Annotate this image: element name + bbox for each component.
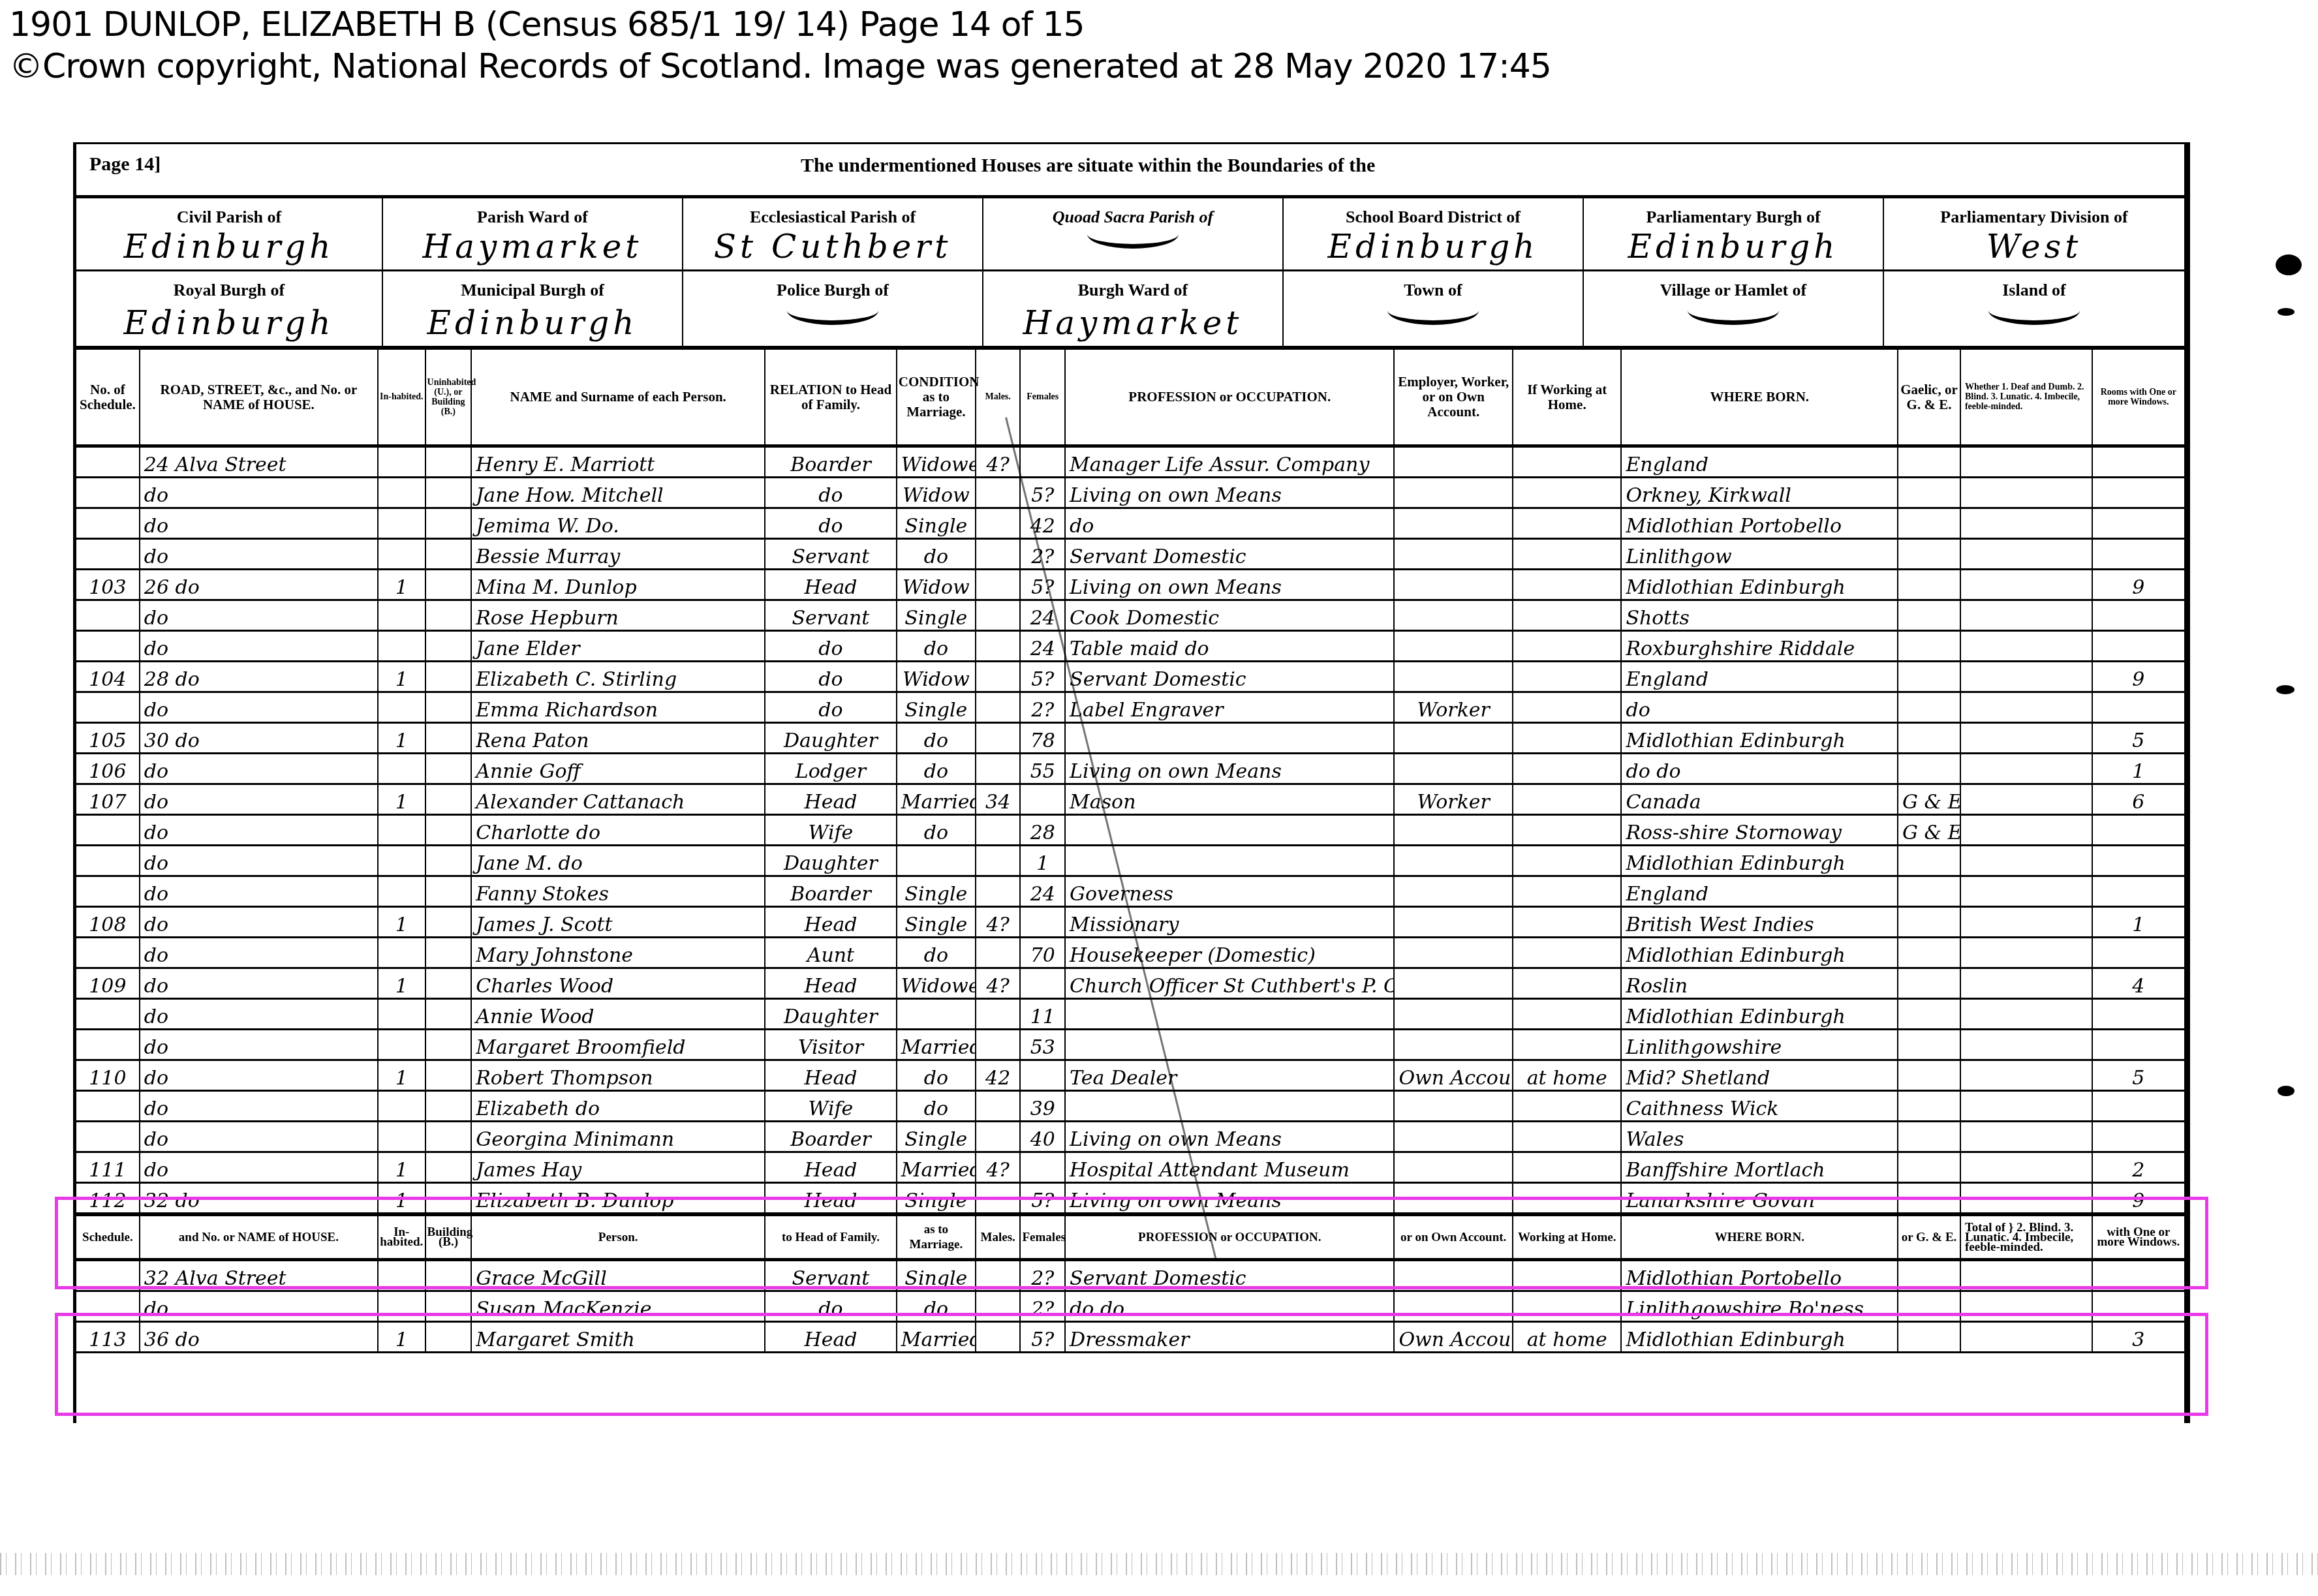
inhabited-count	[378, 815, 425, 846]
marital-condition: Widow	[897, 478, 976, 508]
schedule-number	[76, 631, 140, 662]
census-sheet: Page 14] The undermentioned Houses are s…	[73, 142, 2190, 1423]
inhabited-count	[378, 1291, 425, 1322]
ink-blot	[2278, 1086, 2295, 1096]
relation: Aunt	[765, 938, 897, 968]
admin-school-board: School Board District ofEdinburgh	[1284, 198, 1584, 271]
person-name: Annie Wood	[471, 999, 765, 1030]
table-row: 106doAnnie GoffLodgerdo55Living on own M…	[76, 754, 2184, 784]
person-name: Annie Goff	[471, 754, 765, 784]
age-female: 28	[1020, 815, 1065, 846]
employment-status	[1394, 478, 1513, 508]
inhabited-count: 1	[378, 1183, 425, 1215]
col-where-born: WHERE BORN.	[1621, 350, 1898, 446]
infirmity	[1960, 570, 2092, 600]
col-uninhabited: Building (B.)	[425, 1214, 472, 1260]
occupation: Dressmaker	[1065, 1322, 1394, 1353]
address: do	[140, 784, 378, 815]
occupation	[1065, 723, 1394, 754]
schedule-number: 104	[76, 662, 140, 692]
rooms-count: 9	[2092, 662, 2184, 692]
age-female: 39	[1020, 1091, 1065, 1122]
occupation: Hospital Attendant Museum	[1065, 1152, 1394, 1183]
admin-burgh-ward: Burgh Ward ofHaymarket	[983, 271, 1284, 346]
schedule-number	[76, 539, 140, 570]
repeat-header-row: Schedule. and No. or NAME of HOUSE. In-h…	[76, 1214, 2184, 1260]
gaelic	[1898, 938, 1960, 968]
relation: Daughter	[765, 846, 897, 876]
uninhabited	[425, 999, 472, 1030]
working-at-home	[1513, 784, 1621, 815]
occupation: Manager Life Assur. Company	[1065, 446, 1394, 478]
relation: Head	[765, 784, 897, 815]
relation: Boarder	[765, 446, 897, 478]
age-male	[976, 508, 1021, 539]
employment-status	[1394, 600, 1513, 631]
table-row: 10530 do1Rena PatonDaughterdo78Midlothia…	[76, 723, 2184, 754]
col-address: and No. or NAME of HOUSE.	[140, 1214, 378, 1260]
uninhabited	[425, 754, 472, 784]
employment-status	[1394, 539, 1513, 570]
uninhabited	[425, 1260, 472, 1291]
relation: Head	[765, 570, 897, 600]
birthplace: do	[1621, 692, 1898, 723]
inhabited-count	[378, 846, 425, 876]
person-name: Elizabeth C. Stirling	[471, 662, 765, 692]
marital-condition: do	[897, 1060, 976, 1091]
col-address: ROAD, STREET, &c., and No. or NAME of HO…	[140, 350, 378, 446]
occupation: Label Engraver	[1065, 692, 1394, 723]
admin-village: Village or Hamlet of	[1584, 271, 1884, 346]
address: do	[140, 539, 378, 570]
address: do	[140, 478, 378, 508]
col-employer: or on Own Account.	[1394, 1214, 1513, 1260]
col-rooms: with One or more Windows.	[2092, 1214, 2184, 1260]
table-row: doRose HepburnServantSingle24Cook Domest…	[76, 600, 2184, 631]
gaelic	[1898, 692, 1960, 723]
schedule-number	[76, 446, 140, 478]
admin-municipal-burgh: Municipal Burgh ofEdinburgh	[383, 271, 683, 346]
age-male	[976, 1091, 1021, 1122]
schedule-number: 106	[76, 754, 140, 784]
gaelic	[1898, 539, 1960, 570]
person-name: Margaret Broomfield	[471, 1030, 765, 1060]
employment-status	[1394, 1122, 1513, 1152]
infirmity	[1960, 692, 2092, 723]
inhabited-count: 1	[378, 662, 425, 692]
marital-condition: Single	[897, 1122, 976, 1152]
rooms-count: 9	[2092, 1183, 2184, 1215]
infirmity	[1960, 662, 2092, 692]
page-label: Page 14]	[89, 153, 161, 176]
table-row: doJane How. MitchelldoWidow5?Living on o…	[76, 478, 2184, 508]
occupation: Servant Domestic	[1065, 1260, 1394, 1291]
employment-status: Worker	[1394, 784, 1513, 815]
occupation: Living on own Means	[1065, 1122, 1394, 1152]
inhabited-count: 1	[378, 968, 425, 999]
address: 32 Alva Street	[140, 1260, 378, 1291]
relation: do	[765, 692, 897, 723]
address: do	[140, 1091, 378, 1122]
col-condition: CONDITION as to Marriage.	[897, 350, 976, 446]
relation: Head	[765, 968, 897, 999]
age-female	[1020, 1060, 1065, 1091]
schedule-number	[76, 846, 140, 876]
col-rooms: Rooms with One or more Windows.	[2092, 350, 2184, 446]
working-at-home	[1513, 1152, 1621, 1183]
table-row: doJane Elderdodo24Table maid doRoxburghs…	[76, 631, 2184, 662]
relation: Head	[765, 1322, 897, 1353]
schedule-number: 113	[76, 1322, 140, 1353]
inhabited-count	[378, 754, 425, 784]
address: do	[140, 600, 378, 631]
birthplace: Orkney, Kirkwall	[1621, 478, 1898, 508]
inhabited-count: 1	[378, 1060, 425, 1091]
inhabited-count: 1	[378, 570, 425, 600]
occupation: Living on own Means	[1065, 754, 1394, 784]
working-at-home	[1513, 876, 1621, 907]
working-at-home	[1513, 938, 1621, 968]
rooms-count: 5	[2092, 723, 2184, 754]
employment-status	[1394, 662, 1513, 692]
working-at-home	[1513, 846, 1621, 876]
address: 26 do	[140, 570, 378, 600]
gaelic	[1898, 907, 1960, 938]
occupation: Table maid do	[1065, 631, 1394, 662]
employment-status	[1394, 446, 1513, 478]
employment-status	[1394, 631, 1513, 662]
admin-parliamentary-burgh: Parliamentary Burgh ofEdinburgh	[1584, 198, 1884, 271]
address: do	[140, 1152, 378, 1183]
gaelic: G & E	[1898, 784, 1960, 815]
gaelic	[1898, 478, 1960, 508]
infirmity	[1960, 907, 2092, 938]
birthplace: Lanarkshire Govan	[1621, 1183, 1898, 1215]
address: do	[140, 631, 378, 662]
rooms-count	[2092, 508, 2184, 539]
infirmity	[1960, 631, 2092, 662]
marital-condition: do	[897, 539, 976, 570]
infirmity	[1960, 1060, 2092, 1091]
address: do	[140, 1030, 378, 1060]
handwritten-value: Haymarket	[396, 228, 669, 266]
relation: Head	[765, 1152, 897, 1183]
age-female: 24	[1020, 631, 1065, 662]
admin-ecclesiastical-parish: Ecclesiastical Parish ofSt Cuthbert	[683, 198, 983, 271]
relation: Wife	[765, 1091, 897, 1122]
age-male	[976, 1122, 1021, 1152]
marital-condition: Widow	[897, 662, 976, 692]
schedule-number: 111	[76, 1152, 140, 1183]
table-row: doJane M. doDaughter1Midlothian Edinburg…	[76, 846, 2184, 876]
schedule-number	[76, 478, 140, 508]
person-name: Alexander Cattanach	[471, 784, 765, 815]
birthplace: British West Indies	[1621, 907, 1898, 938]
working-at-home	[1513, 1183, 1621, 1215]
col-relation: RELATION to Head of Family.	[765, 350, 897, 446]
age-male	[976, 1322, 1021, 1353]
gaelic	[1898, 1122, 1960, 1152]
infirmity	[1960, 723, 2092, 754]
birthplace: Midlothian Portobello	[1621, 508, 1898, 539]
working-at-home	[1513, 907, 1621, 938]
schedule-number	[76, 999, 140, 1030]
birthplace: Wales	[1621, 1122, 1898, 1152]
inhabited-count	[378, 876, 425, 907]
gaelic	[1898, 446, 1960, 478]
admin-town: Town of	[1284, 271, 1584, 346]
person-name: Grace McGill	[471, 1260, 765, 1291]
birthplace: Midlothian Edinburgh	[1621, 846, 1898, 876]
relation: Daughter	[765, 723, 897, 754]
age-male	[976, 539, 1021, 570]
birthplace: Linlithgow	[1621, 539, 1898, 570]
infirmity	[1960, 508, 2092, 539]
handwritten-value: Edinburgh	[1297, 228, 1569, 266]
working-at-home	[1513, 754, 1621, 784]
admin-parliamentary-division: Parliamentary Division ofWest	[1884, 198, 2184, 271]
infirmity	[1960, 600, 2092, 631]
col-age-females: Females	[1020, 350, 1065, 446]
inhabited-count	[378, 938, 425, 968]
boundaries-heading: The undermentioned Houses are situate wi…	[801, 155, 1375, 177]
age-female	[1020, 1152, 1065, 1183]
working-at-home	[1513, 1091, 1621, 1122]
handwritten-value: Haymarket	[997, 304, 1269, 342]
gaelic	[1898, 1183, 1960, 1215]
person-name: Mina M. Dunlop	[471, 570, 765, 600]
schedule-number: 112	[76, 1183, 140, 1215]
working-at-home	[1513, 1291, 1621, 1322]
col-name: Person.	[471, 1214, 765, 1260]
working-at-home	[1513, 1122, 1621, 1152]
marital-condition: Married	[897, 1152, 976, 1183]
rooms-count	[2092, 846, 2184, 876]
inhabited-count	[378, 600, 425, 631]
person-name: Jane M. do	[471, 846, 765, 876]
employment-status	[1394, 1091, 1513, 1122]
employment-status	[1394, 1260, 1513, 1291]
schedule-number	[76, 815, 140, 846]
table-row: doGeorgina MinimannBoarderSingle40Living…	[76, 1122, 2184, 1152]
rooms-count	[2092, 692, 2184, 723]
employment-status	[1394, 999, 1513, 1030]
relation: Visitor	[765, 1030, 897, 1060]
dash-mark-icon	[1988, 306, 2080, 325]
birthplace: England	[1621, 662, 1898, 692]
infirmity	[1960, 1152, 2092, 1183]
inhabited-count	[378, 539, 425, 570]
address: do	[140, 846, 378, 876]
schedule-number	[76, 692, 140, 723]
marital-condition: do	[897, 723, 976, 754]
working-at-home	[1513, 662, 1621, 692]
inhabited-count	[378, 1122, 425, 1152]
age-female	[1020, 446, 1065, 478]
address: 32 do	[140, 1183, 378, 1215]
gaelic	[1898, 723, 1960, 754]
dash-mark-icon	[1387, 306, 1479, 325]
inhabited-count	[378, 692, 425, 723]
schedule-number	[76, 1260, 140, 1291]
gaelic	[1898, 631, 1960, 662]
infirmity	[1960, 1122, 2092, 1152]
employment-status	[1394, 815, 1513, 846]
col-schedule: No. of Schedule.	[76, 350, 140, 446]
dash-mark-icon	[1087, 230, 1179, 249]
col-gaelic: or G. & E.	[1898, 1214, 1960, 1260]
table-row: 11336 do1Margaret SmithHeadMarried5?Dres…	[76, 1322, 2184, 1353]
schedule-number	[76, 1091, 140, 1122]
infirmity	[1960, 876, 2092, 907]
relation: Head	[765, 907, 897, 938]
relation: Servant	[765, 600, 897, 631]
census-table: No. of Schedule. ROAD, STREET, &c., and …	[76, 350, 2184, 1353]
rooms-count: 1	[2092, 754, 2184, 784]
relation: Boarder	[765, 1122, 897, 1152]
age-male	[976, 478, 1021, 508]
marital-condition: Married	[897, 784, 976, 815]
person-name: James J. Scott	[471, 907, 765, 938]
age-female	[1020, 968, 1065, 999]
person-name: Elizabeth B. Dunlop	[471, 1183, 765, 1215]
occupation: Missionary	[1065, 907, 1394, 938]
marital-condition	[897, 846, 976, 876]
person-name: Jane Elder	[471, 631, 765, 662]
age-male: 4?	[976, 1152, 1021, 1183]
working-at-home	[1513, 478, 1621, 508]
employment-status	[1394, 570, 1513, 600]
birthplace: Midlothian Edinburgh	[1621, 938, 1898, 968]
inhabited-count: 1	[378, 907, 425, 938]
table-row: doMargaret BroomfieldVisitorMarried53Lin…	[76, 1030, 2184, 1060]
schedule-number	[76, 1122, 140, 1152]
employment-status	[1394, 938, 1513, 968]
age-male	[976, 754, 1021, 784]
age-male	[976, 876, 1021, 907]
gaelic	[1898, 508, 1960, 539]
working-at-home	[1513, 631, 1621, 662]
working-at-home	[1513, 815, 1621, 846]
uninhabited	[425, 723, 472, 754]
rooms-count	[2092, 1291, 2184, 1322]
gaelic	[1898, 1260, 1960, 1291]
inhabited-count: 1	[378, 723, 425, 754]
col-working-home: If Working at Home.	[1513, 350, 1621, 446]
age-male	[976, 1291, 1021, 1322]
infirmity	[1960, 938, 2092, 968]
working-at-home	[1513, 446, 1621, 478]
uninhabited	[425, 938, 472, 968]
rooms-count	[2092, 876, 2184, 907]
schedule-number	[76, 876, 140, 907]
col-relation: to Head of Family.	[765, 1214, 897, 1260]
working-at-home	[1513, 968, 1621, 999]
birthplace: Shotts	[1621, 600, 1898, 631]
birthplace: Midlothian Edinburgh	[1621, 999, 1898, 1030]
person-name: Margaret Smith	[471, 1322, 765, 1353]
age-male	[976, 846, 1021, 876]
marital-condition: do	[897, 815, 976, 846]
table-row: 109do1Charles WoodHeadWidower4?Church Of…	[76, 968, 2184, 999]
age-female: 55	[1020, 754, 1065, 784]
occupation: Tea Dealer	[1065, 1060, 1394, 1091]
col-inhabited: In-habited.	[378, 350, 425, 446]
age-male	[976, 815, 1021, 846]
admin-civil-parish: Civil Parish ofEdinburgh	[76, 198, 383, 271]
infirmity	[1960, 1091, 2092, 1122]
employment-status	[1394, 876, 1513, 907]
address: 36 do	[140, 1322, 378, 1353]
gaelic	[1898, 1030, 1960, 1060]
age-male	[976, 1183, 1021, 1215]
handwritten-value: St Cuthbert	[696, 228, 969, 266]
birthplace: Banffshire Mortlach	[1621, 1152, 1898, 1183]
age-male	[976, 1260, 1021, 1291]
age-male	[976, 570, 1021, 600]
admin-island: Island of	[1884, 271, 2184, 346]
employment-status	[1394, 1152, 1513, 1183]
inhabited-count	[378, 446, 425, 478]
uninhabited	[425, 1091, 472, 1122]
address: do	[140, 815, 378, 846]
infirmity	[1960, 1291, 2092, 1322]
occupation: Servant Domestic	[1065, 662, 1394, 692]
age-male	[976, 631, 1021, 662]
ink-blot	[2278, 308, 2295, 316]
marital-condition: Single	[897, 692, 976, 723]
infirmity	[1960, 1030, 2092, 1060]
marital-condition: Single	[897, 876, 976, 907]
ink-blot	[2276, 254, 2302, 275]
age-male	[976, 999, 1021, 1030]
birthplace: England	[1621, 446, 1898, 478]
handwritten-value: Edinburgh	[396, 304, 669, 342]
infirmity	[1960, 1322, 2092, 1353]
table-row: 10428 do1Elizabeth C. StirlingdoWidow5?S…	[76, 662, 2184, 692]
age-female: 24	[1020, 876, 1065, 907]
working-at-home: at home	[1513, 1322, 1621, 1353]
rooms-count	[2092, 938, 2184, 968]
working-at-home	[1513, 1030, 1621, 1060]
birthplace: do do	[1621, 754, 1898, 784]
working-at-home	[1513, 692, 1621, 723]
gaelic	[1898, 600, 1960, 631]
rooms-count	[2092, 1260, 2184, 1291]
gaelic	[1898, 662, 1960, 692]
gaelic	[1898, 968, 1960, 999]
age-male: 34	[976, 784, 1021, 815]
col-infirmity: Total of } 2. Blind. 3. Lunatic. 4. Imbe…	[1960, 1214, 2092, 1260]
employment-status	[1394, 1183, 1513, 1215]
rooms-count: 5	[2092, 1060, 2184, 1091]
inhabited-count	[378, 999, 425, 1030]
table-row: doSusan MacKenziedodo2?do doLinlithgowsh…	[76, 1291, 2184, 1322]
uninhabited	[425, 1183, 472, 1215]
employment-status	[1394, 968, 1513, 999]
table-row: 107do1Alexander CattanachHeadMarried34Ma…	[76, 784, 2184, 815]
address: do	[140, 876, 378, 907]
birthplace: Linlithgowshire	[1621, 1030, 1898, 1060]
marital-condition: Widow	[897, 570, 976, 600]
table-row: 24 Alva StreetHenry E. MarriottBoarderWi…	[76, 446, 2184, 478]
birthplace: Caithness Wick	[1621, 1091, 1898, 1122]
birthplace: Midlothian Edinburgh	[1621, 1322, 1898, 1353]
relation: Wife	[765, 815, 897, 846]
table-row: 32 Alva StreetGrace McGillServantSingle2…	[76, 1260, 2184, 1291]
schedule-number: 110	[76, 1060, 140, 1091]
person-name: Bessie Murray	[471, 539, 765, 570]
